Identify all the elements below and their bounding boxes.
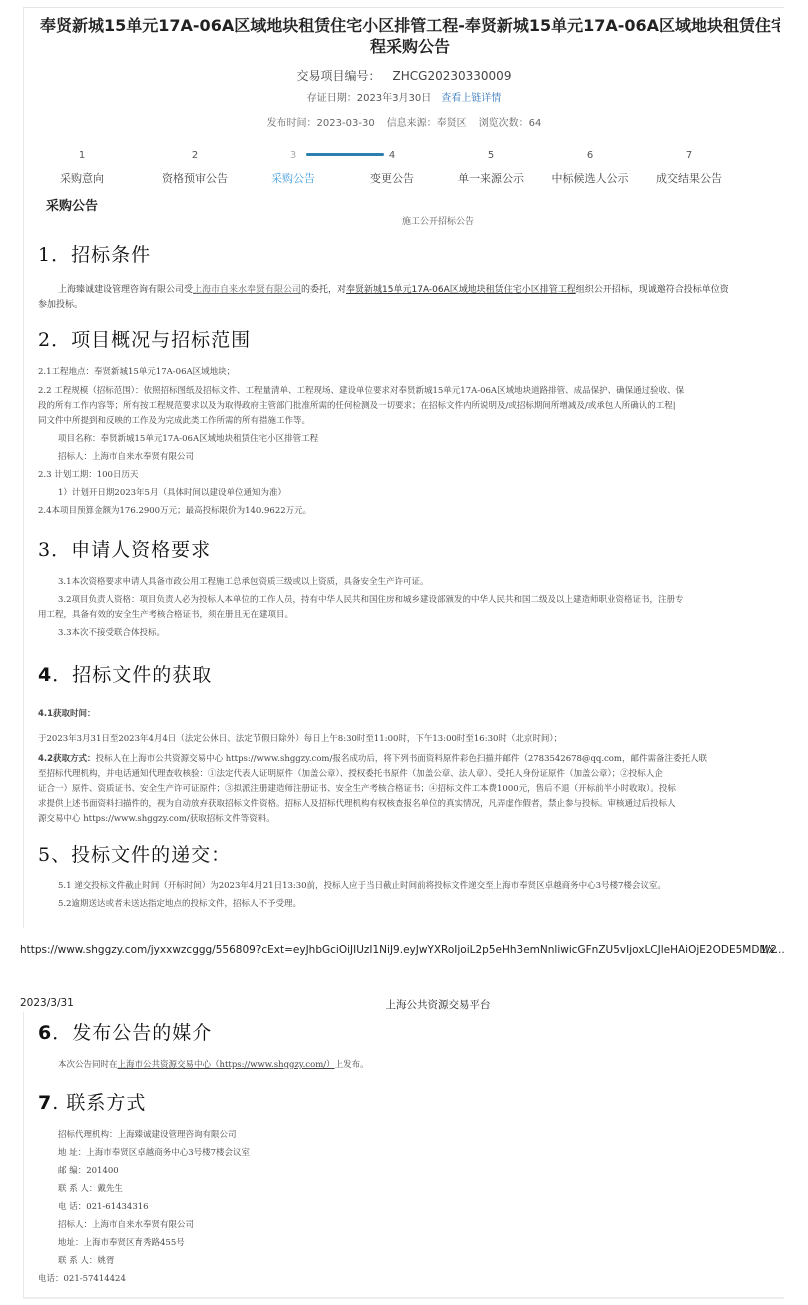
step-single-source[interactable]: 5单一来源公示 (436, 148, 546, 186)
contact-tenderer-person: 联 系 人：姚胥 (38, 1253, 800, 1270)
print-header-site: 上海公共资源交易平台 (0, 997, 808, 1012)
s2-project-name: 项目名称：奉贤新城15单元17A-06A区域地块租赁住宅小区排管工程 (38, 431, 800, 448)
heading-obtain-documents: 4．招标文件的获取 (38, 660, 212, 687)
print-footer-url: https://www.shggzy.com/jyxxwzcggg/556809… (20, 944, 785, 956)
heading-bidding-conditions: 1．招标条件 (38, 240, 151, 267)
heading-contact: 7. 联系方式 (38, 1088, 146, 1115)
s2-location: 2.1工程地点：奉贤新城15单元17A-06A区域地块； (38, 364, 780, 381)
contact-postcode: 邮 编：201400 (38, 1163, 800, 1180)
project-number-label: 交易项目编号： (297, 69, 381, 83)
view-count: 浏览次数：64 (479, 118, 542, 129)
s2-budget: 2.4本项目预算金额为176.2900万元；最高投标限价为140.9622万元。 (38, 503, 780, 520)
heading-text: . 联系方式 (52, 1092, 146, 1114)
heading-submission: 5、投标文件的递交： (38, 840, 231, 867)
s6-paragraph: 本次公告同时在上海市公共资源交易中心（https://www.shggzy.co… (38, 1057, 800, 1074)
step-number: 3 (238, 148, 348, 164)
storage-date-label: 存证日期： (307, 93, 357, 104)
text: 的委托，对 (301, 285, 346, 295)
heading-number: 7 (38, 1092, 52, 1114)
view-chain-details-link[interactable]: 查看上链详情 (441, 93, 501, 104)
section-label: 采购公告 (46, 195, 98, 214)
step-label: 资格预审公告 (140, 170, 250, 186)
contact-tenderer: 招标人：上海市自来水奉贤有限公司 (38, 1217, 800, 1234)
step-label: 单一来源公示 (436, 170, 546, 186)
s2-scope-line3: 同文件中所提到和反映的工作及为完成此类工作所需的所有措施工作等。 (38, 413, 780, 430)
document-subtitle: 施工公开招标公告 (0, 214, 808, 227)
s3-qualification-2-cont: 用工程，具备有效的安全生产考核合格证书，须在册且无在建项目。 (38, 607, 780, 624)
storage-date-value: 2023年3月30日 (357, 93, 432, 104)
print-page-number: 1/2 (760, 944, 777, 956)
step-number: 6 (535, 148, 645, 164)
s2-start-date: 1）计划开日期2023年5月（具体时间以建设单位通知为准） (38, 485, 800, 502)
s4-method-line5: 源交易中心 https://www.shggzy.com/获取招标文件等资料。 (38, 811, 780, 828)
tenderer-link[interactable]: 上海市自来水奉贤有限公司 (193, 285, 301, 295)
project-number: 交易项目编号：ZHCG20230330009 (0, 67, 808, 84)
label: 4.1获取时间： (38, 709, 96, 719)
text: 上海臻诚建设管理咨询有限公司受 (58, 285, 193, 295)
page-title: 奉贤新城15单元17A-06A区域地块租赁住宅小区排管工程-奉贤新城15单元17… (40, 15, 780, 57)
s4-time-line: 于2023年3月31日至2023年4月4日（法定公休日、法定节假日除外）每日上午… (38, 731, 780, 748)
text: 上发布。 (335, 1060, 369, 1070)
shggzy-link[interactable]: 上海市公共资源交易中心（https://www.shggzy.com/） (118, 1060, 335, 1070)
step-winning-candidate[interactable]: 6中标候选人公示 (535, 148, 645, 186)
step-number: 1 (27, 148, 137, 164)
contact-tenderer-phone: 电话：021-57414424 (38, 1271, 780, 1288)
heading-project-overview: 2．项目概况与招标范围 (38, 325, 251, 352)
text: 投标人在上海市公共资源交易中心 https://www.shggzy.com/报… (96, 754, 707, 764)
step-change-notice[interactable]: 4变更公告 (337, 148, 447, 186)
process-steps: 1采购意向 2资格预审公告 3采购公告 4变更公告 5单一来源公示 6中标候选人… (30, 148, 808, 188)
s3-qualification-1: 3.1本次资格要求申请人具备市政公用工程施工总承包资质三级或以上资质，具备安全生… (38, 574, 800, 591)
step-result-notice[interactable]: 7成交结果公告 (634, 148, 744, 186)
heading-number: 4 (38, 664, 52, 686)
info-source: 信息来源：奉贤区 (387, 118, 467, 129)
step-procurement-intent[interactable]: 1采购意向 (27, 148, 137, 186)
step-number: 5 (436, 148, 546, 164)
project-link[interactable]: 奉贤新城15单元17A-06A区域地块租赁住宅小区排管工程 (346, 285, 576, 295)
s3-qualification-3: 3.3本次不接受联合体投标。 (38, 625, 800, 642)
contact-agency: 招标代理机构：上海臻诚建设管理咨询有限公司 (38, 1127, 800, 1144)
step-procurement-notice[interactable]: 3采购公告 (238, 148, 348, 186)
s5-late-submission: 5.2逾期送达或者未送达指定地点的投标文件，招标人不予受理。 (38, 896, 800, 913)
heading-applicant-qualifications: 3．申请人资格要求 (38, 535, 211, 562)
step-prequalification[interactable]: 2资格预审公告 (140, 148, 250, 186)
contact-tenderer-address: 地址：上海市奉贤区育秀路455号 (38, 1235, 800, 1252)
step-number: 4 (337, 148, 447, 164)
step-label: 采购意向 (27, 170, 137, 186)
publish-time: 发布时间：2023-03-30 (267, 118, 375, 129)
step-label: 变更公告 (337, 170, 447, 186)
step-label: 采购公告 (238, 170, 348, 186)
contact-agency-address: 地 址：上海市奉贤区卓越商务中心3号楼7楼会议室 (38, 1145, 800, 1162)
publish-info: 发布时间：2023-03-30信息来源：奉贤区浏览次数：64 (0, 114, 808, 129)
step-label: 中标候选人公示 (535, 170, 645, 186)
contact-agency-phone: 电 话：021-61434316 (38, 1199, 800, 1216)
text: 本次公告同时在 (58, 1060, 118, 1070)
step-label: 成交结果公告 (634, 170, 744, 186)
storage-date-row: 存证日期：2023年3月30日查看上链详情 (0, 89, 808, 104)
text: 组织公开招标，现诚邀符合投标单位资 (576, 285, 729, 295)
label: 4.2获取方式： (38, 754, 96, 764)
contact-agency-person: 联 系 人：戴先生 (38, 1181, 800, 1198)
title-line-2: 程采购公告 (40, 36, 780, 57)
s2-tenderer: 招标人：上海市自来水奉贤有限公司 (38, 449, 800, 466)
heading-text: ．招标文件的获取 (52, 664, 212, 686)
heading-number: 6 (38, 1022, 52, 1044)
step-number: 7 (634, 148, 744, 164)
step-number: 2 (140, 148, 250, 164)
heading-publication-media: 6．发布公告的媒介 (38, 1018, 212, 1045)
project-number-value: ZHCG20230330009 (393, 69, 512, 83)
s2-duration: 2.3 计划工期：100日历天 (38, 467, 780, 484)
s4-time-label: 4.1获取时间： (38, 706, 780, 723)
heading-text: ．发布公告的媒介 (52, 1022, 212, 1044)
title-line-1: 奉贤新城15单元17A-06A区域地块租赁住宅小区排管工程-奉贤新城15单元17… (40, 16, 780, 35)
s1-paragraph-line2: 参加投标。 (38, 297, 780, 314)
s5-deadline: 5.1 递交投标文件截止时间（开标时间）为2023年4月21日13:30前，投标… (38, 878, 800, 895)
